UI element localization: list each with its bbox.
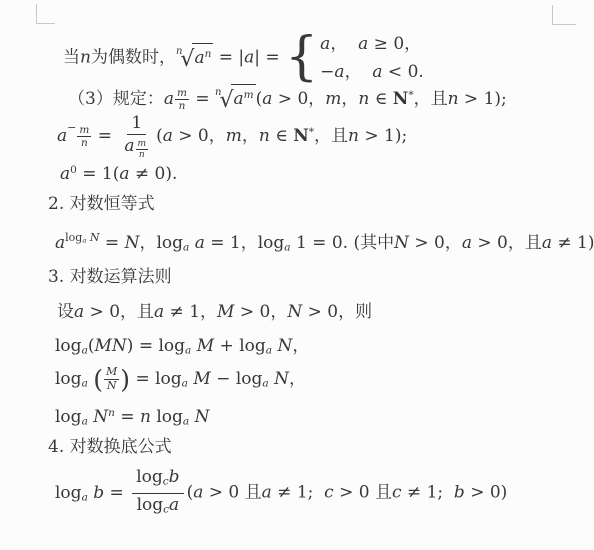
math-token: − log: [211, 369, 263, 389]
denominator-base: a: [124, 136, 134, 156]
math-token: a: [262, 483, 272, 503]
math-token: ，且: [414, 89, 448, 109]
math-token: log: [136, 467, 163, 487]
fraction-numerator: 1: [127, 112, 146, 135]
math-token: a: [169, 495, 179, 515]
change-of-base-prefix: loga b =: [55, 483, 129, 503]
math-token: 1 = 0. (其中: [291, 233, 395, 253]
math-token: + log: [214, 336, 266, 356]
line-even-case-formula: 当n为偶数时，n√an = |a| = {a， a ≥ 0，−a， a < 0.: [63, 30, 424, 86]
math-token: M: [193, 369, 210, 389]
math-token: ) = log: [127, 336, 185, 356]
fraction-m-over-n: MN: [104, 366, 119, 392]
math-token: a: [262, 89, 272, 109]
math-token: > 0，: [272, 89, 325, 109]
math-token: n: [140, 407, 151, 427]
condition-text: (a > 0 且a ≠ 1; c > 0 且c ≠ 1; b > 0): [187, 483, 508, 503]
heading-text: 4. 对数换底公式: [48, 437, 172, 457]
math-token: =: [100, 233, 125, 253]
math-token: > 1);: [459, 89, 507, 109]
math-token: N: [293, 126, 309, 146]
math-token: n: [348, 126, 359, 146]
math-token: = |: [213, 48, 244, 68]
rule-label: （3）规定：: [68, 89, 164, 109]
math-token: =: [190, 89, 215, 109]
math-token: log: [65, 231, 82, 244]
heading-log-identity: 2. 对数恒等式: [48, 191, 155, 217]
math-token: （3）规定：: [68, 89, 164, 109]
math-token: N: [93, 407, 108, 427]
math-token: ，: [292, 336, 309, 356]
math-token: a: [462, 233, 472, 253]
math-token: a: [320, 34, 330, 54]
exponent-minus: −: [67, 121, 76, 134]
quotient-rule-prefix: loga: [55, 369, 93, 389]
math-token: 为偶数时，: [91, 48, 176, 68]
math-token: n: [80, 48, 91, 68]
math-token: > 0，: [173, 126, 226, 146]
math-token: a: [163, 126, 173, 146]
abs-value-equality: = |a| =: [213, 48, 285, 68]
heading-text: 3. 对数运算法则: [48, 267, 172, 287]
math-token: c: [324, 483, 334, 503]
math-token: a: [372, 62, 382, 82]
open-paren-icon: (: [93, 365, 103, 394]
math-token: −: [320, 62, 334, 82]
math-token: ∈: [270, 126, 293, 146]
math-token: ，log: [139, 233, 183, 253]
page-margin-corner-left-icon: [36, 4, 55, 24]
quotient-rule-rest: = loga M − loga N，: [130, 369, 306, 389]
line-log-conditions: 设a > 0，且a ≠ 1，M > 0，N > 0，则: [57, 299, 372, 325]
condition-text: (a > 0，m，n ∈ N*，且n > 1);: [256, 89, 507, 109]
math-token: =: [104, 483, 129, 503]
math-token: b: [169, 467, 180, 487]
math-token: ，: [242, 126, 259, 146]
exponent-numerator: m: [175, 87, 189, 100]
math-token: > 0，且: [472, 233, 542, 253]
math-token: ，: [341, 89, 358, 109]
line-log-power-rule: loga Nn = n loga N: [55, 400, 209, 434]
nth-root: n√am: [215, 89, 256, 109]
math-token: n: [358, 89, 369, 109]
math-token: > 0 且: [334, 483, 392, 503]
math-token: a: [57, 126, 67, 146]
math-token: a: [244, 48, 254, 68]
math-token: > 0，则: [302, 302, 372, 322]
math-token: ，: [345, 62, 373, 82]
product-rule-formula: loga(MN) = loga M + loga N，: [55, 336, 309, 356]
piecewise-cases: {a， a ≥ 0，−a， a < 0.: [285, 30, 424, 86]
math-token: N: [287, 302, 302, 322]
line-rational-exponent-rule: （3）规定：amn = n√am(a > 0，m，n ∈ N*，且n > 1);: [68, 80, 507, 112]
line-log-quotient-rule: loga (MN) = loga M − loga N，: [55, 366, 306, 397]
math-token: < 0.: [383, 62, 424, 82]
exponent-numerator: m: [136, 139, 149, 150]
equals-sign: =: [190, 89, 215, 109]
math-token: ∈: [369, 89, 392, 109]
math-token: > 1);: [359, 126, 407, 146]
nth-root: n√an: [176, 48, 213, 68]
math-token: n: [259, 126, 270, 146]
line-negative-exponent-rule: a−mn = 1amn(a > 0，m，n ∈ N*，且n > 1);: [57, 112, 407, 161]
math-token: > 0 且: [203, 483, 261, 503]
math-token: n: [205, 48, 212, 60]
condition-text: (a > 0，m，n ∈ N*，且n > 1);: [156, 126, 407, 146]
math-token: ，: [330, 34, 358, 54]
close-paren-icon: ): [120, 365, 130, 394]
math-token: a: [542, 233, 552, 253]
math-token: b: [93, 483, 104, 503]
math-token: =: [115, 407, 140, 427]
case-rows: a， a ≥ 0，−a， a < 0.: [320, 30, 424, 86]
conditions-text: 设a > 0，且a ≠ 1，M > 0，N > 0，则: [57, 302, 372, 322]
math-token: = 1，log: [205, 233, 284, 253]
math-token: ≠ 1): [552, 233, 594, 253]
reciprocal-fraction: 1amn: [120, 112, 153, 161]
heading-change-of-base: 4. 对数换底公式: [48, 434, 172, 460]
math-token: a: [195, 233, 205, 253]
math-token: M: [197, 336, 214, 356]
math-token: log: [137, 495, 164, 515]
equals-sign: =: [92, 126, 117, 146]
line-log-product-rule: loga(MN) = loga M + loga N，: [55, 333, 309, 364]
line-change-of-base-formula: loga b = logcblogca(a > 0 且a ≠ 1; c > 0 …: [55, 466, 507, 520]
identity-rest: = N，loga a = 1，loga 1 = 0. (其中N > 0，a > …: [100, 233, 594, 253]
math-token: > 0，: [234, 302, 287, 322]
fraction-denominator: N: [105, 380, 119, 393]
math-token: a: [55, 233, 65, 253]
math-token: > 0，且: [84, 302, 154, 322]
math-token: a: [60, 164, 70, 184]
math-token: n: [448, 89, 459, 109]
exponent-fraction: mn: [77, 124, 91, 149]
math-token: a: [334, 62, 344, 82]
math-token: N: [125, 233, 140, 253]
math-token: ≠ 0).: [129, 164, 177, 184]
heading-log-operation-rules: 3. 对数运算法则: [48, 264, 172, 290]
exponent-log: loga N: [65, 231, 99, 244]
math-token: = log: [130, 369, 182, 389]
power-base: a: [55, 233, 65, 253]
math-token: ≠ 1，: [164, 302, 217, 322]
math-token: c: [392, 483, 402, 503]
line-zero-exponent-rule: a0 = 1(a ≠ 0).: [60, 157, 177, 187]
math-token: log: [55, 369, 82, 389]
math-token: N: [393, 89, 409, 109]
brace-icon: {: [285, 31, 318, 83]
math-token: =: [92, 126, 117, 146]
math-token: a: [194, 48, 204, 68]
math-token: log: [55, 483, 82, 503]
math-token: 设: [57, 302, 74, 322]
power-base: a: [57, 126, 67, 146]
math-token: 0: [70, 164, 77, 176]
math-token: N: [277, 336, 292, 356]
exponent-fraction: mn: [175, 87, 189, 112]
math-token: (: [156, 126, 163, 146]
math-token: MN: [94, 336, 126, 356]
math-token: b: [454, 483, 465, 503]
math-token: ≥ 0，: [368, 34, 421, 54]
math-token: a: [233, 89, 243, 109]
math-token: a: [164, 89, 174, 109]
document-page: 当n为偶数时，n√an = |a| = {a， a ≥ 0，−a， a < 0.…: [0, 0, 594, 550]
even-case-prefix: 当n为偶数时，: [63, 48, 176, 68]
math-token: N: [394, 233, 409, 253]
fraction-denominator: logca: [133, 494, 184, 521]
radicand: an: [192, 43, 213, 68]
math-token: = 1(: [77, 164, 120, 184]
page-margin-corner-right-icon: [552, 5, 576, 25]
math-token: m: [226, 126, 242, 146]
exponent-denominator: n: [79, 137, 90, 149]
math-token: M: [217, 302, 234, 322]
math-token: N: [195, 407, 210, 427]
math-token: m: [325, 89, 341, 109]
math-token: ，且: [314, 126, 348, 146]
math-token: a: [358, 34, 368, 54]
math-token: a: [119, 164, 129, 184]
math-token: a: [74, 302, 84, 322]
math-token: > 0，: [409, 233, 462, 253]
log-ratio-fraction: logcblogca: [132, 466, 183, 520]
math-token: N: [274, 369, 289, 389]
line-log-identity-formula: aloga N = N，loga a = 1，loga 1 = 0. (其中N …: [55, 230, 594, 261]
math-token: > 0): [465, 483, 508, 503]
math-token: n: [108, 407, 115, 419]
math-token: ≠ 1;: [272, 483, 324, 503]
zero-exponent-formula: a0 = 1(a ≠ 0).: [60, 164, 177, 184]
math-token: 1: [131, 113, 142, 133]
math-token: N: [90, 231, 100, 244]
math-token: log: [55, 336, 82, 356]
exponent-numerator: m: [77, 124, 91, 137]
math-token: log: [151, 407, 183, 427]
math-token: a: [193, 483, 203, 503]
math-token: | =: [254, 48, 285, 68]
radicand: am: [231, 84, 255, 109]
math-token: m: [244, 89, 254, 101]
math-token: a: [124, 136, 134, 156]
math-token: ，: [289, 369, 306, 389]
power-base: a: [164, 89, 174, 109]
math-token: a: [154, 302, 164, 322]
power-rule-formula: loga Nn = n loga N: [55, 407, 209, 427]
heading-text: 2. 对数恒等式: [48, 194, 155, 214]
fraction-numerator: logcb: [132, 466, 183, 494]
math-token: log: [55, 407, 82, 427]
case-nonnegative: a， a ≥ 0，: [320, 30, 424, 58]
math-token: ≠ 1;: [402, 483, 454, 503]
math-token: 当: [63, 48, 80, 68]
exponent-denominator: n: [177, 100, 188, 112]
fraction-numerator: M: [104, 366, 119, 380]
